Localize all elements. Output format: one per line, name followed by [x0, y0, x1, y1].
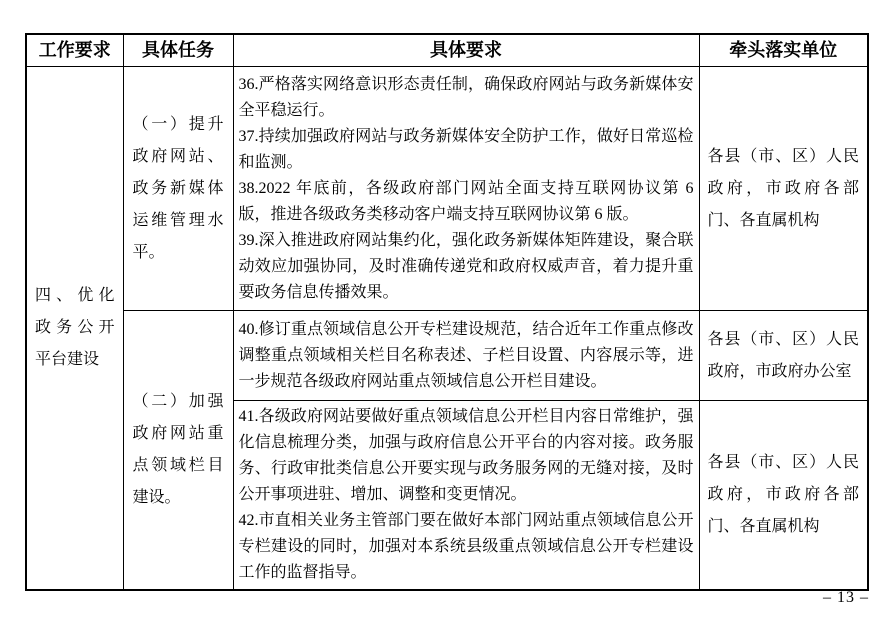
document-page: 工作要求 具体任务 具体要求 牵头落实单位 四、优化政务公开平台建设 （一）提升… [0, 0, 893, 627]
table-row: （二）加强政府网站重点领域栏目建设。 40.修订重点领域信息公开专栏建设规范，结… [26, 311, 868, 401]
requirement-item-36: 36.严格落实网络意识形态责任制，确保政府网站与政务新媒体安全平稳运行。 [239, 72, 694, 124]
page-number: – 13 – [823, 589, 869, 607]
lead-unit-cell-3: 各县（市、区）人民政府，市政府各部门、各直属机构 [699, 401, 868, 591]
requirement-item-40: 40.修订重点领域信息公开专栏建设规范，结合近年工作重点修改调整重点领域相关栏目… [239, 317, 694, 395]
requirement-item-38: 38.2022 年底前，各级政府部门网站全面支持互联网协议第 6 版，推进各级政… [239, 176, 694, 228]
requirement-item-37: 37.持续加强政府网站与政务新媒体安全防护工作，做好日常巡检和监测。 [239, 124, 694, 176]
requirements-cell-2: 40.修订重点领域信息公开专栏建设规范，结合近年工作重点修改调整重点领域相关栏目… [233, 311, 699, 401]
table-row: 四、优化政务公开平台建设 （一）提升政府网站、政务新媒体运维管理水平。 36.严… [26, 67, 868, 311]
work-plan-table: 工作要求 具体任务 具体要求 牵头落实单位 四、优化政务公开平台建设 （一）提升… [25, 33, 869, 591]
requirement-item-39: 39.深入推进政府网站集约化，强化政务新媒体矩阵建设，聚合联动效应加强协同，及时… [239, 228, 694, 306]
header-lead-unit: 牵头落实单位 [699, 34, 868, 67]
task-cell-2: （二）加强政府网站重点领域栏目建设。 [123, 311, 233, 591]
task-cell-1: （一）提升政府网站、政务新媒体运维管理水平。 [123, 67, 233, 311]
lead-unit-cell-1: 各县（市、区）人民政府，市政府各部门、各直属机构 [699, 67, 868, 311]
header-work-requirement: 工作要求 [26, 34, 123, 67]
requirement-item-42: 42.市直相关业务主管部门要在做好本部门网站重点领域信息公开专栏建设的同时，加强… [239, 508, 694, 586]
header-specific-task: 具体任务 [123, 34, 233, 67]
requirements-cell-1: 36.严格落实网络意识形态责任制，确保政府网站与政务新媒体安全平稳运行。 37.… [233, 67, 699, 311]
lead-unit-cell-2: 各县（市、区）人民政府，市政府办公室 [699, 311, 868, 401]
work-requirement-cell: 四、优化政务公开平台建设 [26, 67, 123, 591]
header-specific-requirement: 具体要求 [233, 34, 699, 67]
requirement-item-41: 41.各级政府网站要做好重点领域信息公开栏目内容日常维护，强化信息梳理分类，加强… [239, 404, 694, 508]
table-header-row: 工作要求 具体任务 具体要求 牵头落实单位 [26, 34, 868, 67]
requirements-cell-3: 41.各级政府网站要做好重点领域信息公开栏目内容日常维护，强化信息梳理分类，加强… [233, 401, 699, 591]
